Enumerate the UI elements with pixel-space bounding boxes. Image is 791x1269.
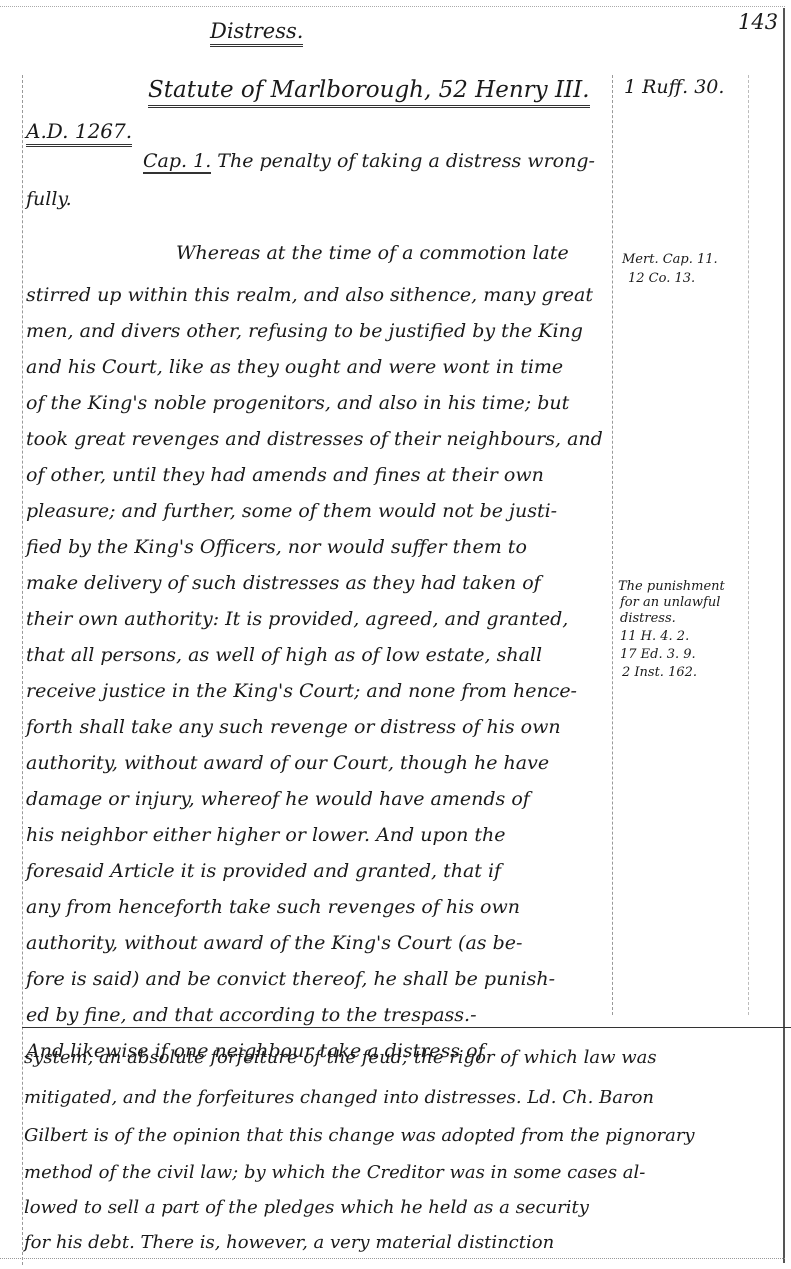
body-line: Whereas at the time of a commotion late	[176, 240, 569, 266]
bottom-edge-line	[0, 1258, 785, 1259]
chapter-heading: Cap. 1. The penalty of taking a distress…	[143, 148, 595, 174]
margin-note-punishment-3: distress.	[620, 612, 676, 626]
manuscript-page: Distress. 143 Statute of Marlborough, 52…	[0, 0, 791, 1269]
top-edge-line	[0, 6, 785, 7]
body-line: their own authority: It is provided, agr…	[26, 606, 568, 632]
body-line: pleasure; and further, some of them woul…	[26, 498, 557, 524]
footnote-line: for his debt. There is, however, a very …	[24, 1230, 554, 1256]
chapter-heading-text: The penalty of taking a distress wrong-	[217, 150, 595, 172]
body-line: of other, until they had amends and fine…	[26, 462, 544, 488]
body-line: men, and divers other, refusing to be ju…	[26, 318, 583, 344]
body-line: authority, without award of the King's C…	[26, 930, 522, 956]
chapter-label: Cap. 1.	[143, 150, 211, 174]
body-line: stirred up within this realm, and also s…	[26, 282, 593, 308]
margin-ref-merton: Mert. Cap. 11.	[622, 253, 718, 267]
body-line: damage or injury, whereof he would have …	[26, 786, 530, 812]
margin-ref-coke: 12 Co. 13.	[628, 272, 695, 286]
margin-note-punishment-2: for an unlawful	[620, 596, 720, 610]
body-line: that all persons, as well of high as of …	[26, 642, 542, 668]
margin-ref-institutes: 2 Inst. 162.	[622, 666, 697, 680]
body-line: of the King's noble progenitors, and als…	[26, 390, 569, 416]
body-line: fore is said) and be convict thereof, he…	[26, 966, 555, 992]
footnote-line: mitigated, and the forfeitures changed i…	[24, 1085, 654, 1111]
body-line: any from henceforth take such revenges o…	[26, 894, 520, 920]
statute-title: Statute of Marlborough, 52 Henry III.	[148, 75, 590, 108]
body-line: make delivery of such distresses as they…	[26, 570, 541, 596]
margin-ref-ruffhead: 1 Ruff. 30.	[624, 76, 724, 98]
body-line: ed by fine, and that according to the tr…	[26, 1002, 477, 1028]
margin-note-punishment-1: The punishment	[618, 580, 725, 594]
running-header-title: Distress.	[210, 18, 303, 47]
side-note-rule	[612, 75, 613, 1015]
footnote-line: method of the civil law; by which the Cr…	[24, 1160, 645, 1186]
margin-ref-edward: 17 Ed. 3. 9.	[620, 648, 696, 662]
page-number: 143	[738, 10, 778, 34]
body-line: foresaid Article it is provided and gran…	[26, 858, 501, 884]
statute-year: A.D. 1267.	[26, 118, 132, 147]
footnote-line: Gilbert is of the opinion that this chan…	[24, 1123, 695, 1149]
body-line: took great revenges and distresses of th…	[26, 426, 603, 452]
footnote-line: system, an absolute forfeiture of the fe…	[24, 1045, 657, 1071]
outer-margin-rule	[748, 75, 749, 1015]
body-line: and his Court, like as they ought and we…	[26, 354, 563, 380]
body-line: forth shall take any such revenge or dis…	[26, 714, 561, 740]
body-line: receive justice in the King's Court; and…	[26, 678, 577, 704]
body-line: his neighbor either higher or lower. And…	[26, 822, 505, 848]
right-page-edge	[783, 8, 785, 1263]
footnote-line: lowed to sell a part of the pledges whic…	[24, 1195, 589, 1221]
left-margin-rule	[22, 75, 23, 1265]
chapter-heading-cont: fully.	[26, 188, 72, 210]
body-line: fied by the King's Officers, nor would s…	[26, 534, 527, 560]
margin-ref-henry: 11 H. 4. 2.	[620, 630, 689, 644]
body-line: authority, without award of our Court, t…	[26, 750, 549, 776]
